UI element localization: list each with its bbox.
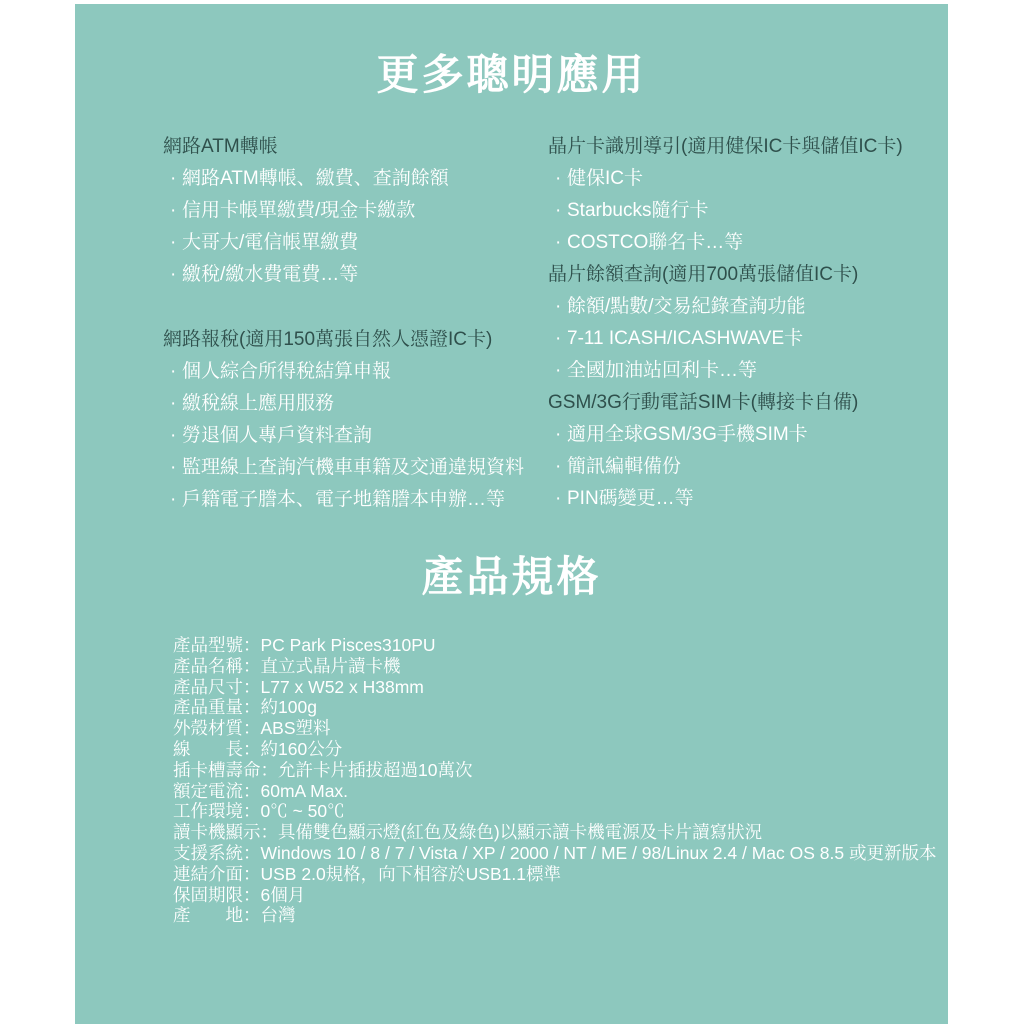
spec-label: 連結介面 [173,864,243,884]
spec-row: 額定電流：60mA Max. [173,781,963,802]
feature-item-label: 餘額/點數/交易紀錄查詢功能 [567,296,806,317]
smart-applications-title: 更多聰明應用 [75,52,948,98]
section-header: 網路ATM轉帳 [163,131,555,163]
spec-value: ABS塑料 [261,718,331,738]
spec-value: PC Park Pisces310PU [261,635,436,655]
bullet-icon: · [170,420,182,452]
specs-list: 產品型號：PC Park Pisces310PU 產品名稱：直立式晶片讀卡機 產… [173,635,963,926]
spec-colon: ： [243,864,261,884]
feature-item-label: 繳稅/繳水費電費…等 [182,264,358,285]
bullet-icon: · [555,195,567,227]
spec-row: 產 地：台灣 [173,905,963,926]
feature-item-label: 健保IC卡 [567,168,643,189]
bullet-icon: · [170,259,182,291]
spec-row: 產品型號：PC Park Pisces310PU [173,635,963,656]
feature-item: ·戶籍電子謄本、電子地籍謄本申辦…等 [163,484,555,516]
bullet-icon: · [555,451,567,483]
feature-item-label: PIN碼變更…等 [567,488,694,509]
spec-label: 讀卡機顯示 [173,822,261,842]
feature-item: ·網路ATM轉帳、繳費、查詢餘額 [163,163,555,195]
feature-item-label: 監理線上查詢汽機車車籍及交通違規資料 [182,457,524,478]
feature-item: ·適用全球GSM/3G手機SIM卡 [548,419,968,451]
feature-item-label: 網路ATM轉帳、繳費、查詢餘額 [182,168,449,189]
feature-item: ·餘額/點數/交易紀錄查詢功能 [548,291,968,323]
bullet-icon: · [170,484,182,516]
bullet-icon: · [170,195,182,227]
bullet-icon: · [170,388,182,420]
spec-row: 外殼材質：ABS塑料 [173,718,963,739]
feature-item-label: 7-11 ICASH/ICASHWAVE卡 [567,328,803,349]
feature-item-label: 勞退個人專戶資料查詢 [182,425,372,446]
spec-value: 6個月 [261,885,306,905]
feature-list: ·餘額/點數/交易紀錄查詢功能 ·7-11 ICASH/ICASHWAVE卡 ·… [548,291,968,387]
feature-item: ·COSTCO聯名卡…等 [548,227,968,259]
feature-list: ·網路ATM轉帳、繳費、查詢餘額 ·信用卡帳單繳費/現金卡繳款 ·大哥大/電信帳… [163,163,555,291]
spec-value: USB 2.0規格，向下相容於USB1.1標準 [261,864,561,884]
spec-colon: ： [243,885,261,905]
section-header: 晶片餘額查詢(適用700萬張儲值IC卡) [548,259,968,291]
spec-label: 產品尺寸 [173,677,243,697]
feature-item: ·全國加油站回利卡…等 [548,355,968,387]
bullet-icon: · [555,355,567,387]
bullet-icon: · [170,163,182,195]
spec-label: 外殼材質 [173,718,243,738]
spec-label: 產 地 [173,905,243,925]
feature-item: ·個人綜合所得稅結算申報 [163,356,555,388]
spec-value: Windows 10 / 8 / 7 / Vista / XP / 2000 /… [261,843,937,863]
feature-item: ·7-11 ICASH/ICASHWAVE卡 [548,323,968,355]
right-column: 晶片卡識別導引(適用健保IC卡與儲值IC卡) ·健保IC卡 ·Starbucks… [548,131,968,515]
spec-colon: ： [243,656,261,676]
feature-item: ·繳稅線上應用服務 [163,388,555,420]
feature-item: ·PIN碼變更…等 [548,483,968,515]
spec-label: 產品型號 [173,635,243,655]
bullet-icon: · [170,452,182,484]
feature-item: ·勞退個人專戶資料查詢 [163,420,555,452]
feature-item: ·大哥大/電信帳單繳費 [163,227,555,259]
feature-section-sim: GSM/3G行動電話SIM卡(轉接卡自備) ·適用全球GSM/3G手機SIM卡 … [548,387,968,515]
bullet-icon: · [555,291,567,323]
section-header: 晶片卡識別導引(適用健保IC卡與儲值IC卡) [548,131,968,163]
spec-value: 允許卡片插拔超過10萬次 [278,760,472,780]
spec-row: 產品重量：約100g [173,697,963,718]
feature-item-label: Starbucks隨行卡 [567,200,708,221]
bullet-icon: · [555,483,567,515]
spec-value: 直立式晶片讀卡機 [261,656,401,676]
spec-colon: ： [243,739,261,759]
product-specs-title: 產品規格 [75,554,948,600]
spec-colon: ： [243,677,261,697]
spec-label: 額定電流 [173,781,243,801]
spec-label: 產品名稱 [173,656,243,676]
spec-colon: ： [243,718,261,738]
feature-list: ·健保IC卡 ·Starbucks隨行卡 ·COSTCO聯名卡…等 [548,163,968,259]
feature-item-label: 適用全球GSM/3G手機SIM卡 [567,424,808,445]
spec-value: 約160公分 [261,739,343,759]
spec-value: L77 x W52 x H38mm [261,677,424,697]
section-header: GSM/3G行動電話SIM卡(轉接卡自備) [548,387,968,419]
spec-row: 插卡槽壽命：允許卡片插拔超過10萬次 [173,760,963,781]
feature-section-atm: 網路ATM轉帳 ·網路ATM轉帳、繳費、查詢餘額 ·信用卡帳單繳費/現金卡繳款 … [163,131,555,291]
spec-value: 0℃ ~ 50℃ [261,801,345,821]
spec-colon: ： [243,905,261,925]
feature-item: ·繳稅/繳水費電費…等 [163,259,555,291]
spec-value: 60mA Max. [261,781,349,801]
spec-label: 線 長 [173,739,243,759]
feature-item: ·監理線上查詢汽機車車籍及交通違規資料 [163,452,555,484]
spec-label: 插卡槽壽命 [173,760,261,780]
spec-row: 工作環境：0℃ ~ 50℃ [173,801,963,822]
spec-row: 產品名稱：直立式晶片讀卡機 [173,656,963,677]
spec-colon: ： [243,697,261,717]
spec-colon: ： [243,635,261,655]
bullet-icon: · [555,163,567,195]
feature-item-label: 繳稅線上應用服務 [182,393,334,414]
spec-row: 讀卡機顯示：具備雙色顯示燈(紅色及綠色)以顯示讀卡機電源及卡片讀寫狀況 [173,822,963,843]
left-column: 網路ATM轉帳 ·網路ATM轉帳、繳費、查詢餘額 ·信用卡帳單繳費/現金卡繳款 … [163,131,555,516]
feature-item-label: 戶籍電子謄本、電子地籍謄本申辦…等 [182,489,505,510]
feature-item-label: 大哥大/電信帳單繳費 [182,232,358,253]
feature-item: ·信用卡帳單繳費/現金卡繳款 [163,195,555,227]
spec-row: 保固期限：6個月 [173,885,963,906]
spec-row: 支援系統：Windows 10 / 8 / 7 / Vista / XP / 2… [173,843,963,864]
spec-colon: ： [243,781,261,801]
feature-section-balance: 晶片餘額查詢(適用700萬張儲值IC卡) ·餘額/點數/交易紀錄查詢功能 ·7-… [548,259,968,387]
spec-label: 產品重量 [173,697,243,717]
feature-item-label: 信用卡帳單繳費/現金卡繳款 [182,200,415,221]
feature-list: ·個人綜合所得稅結算申報 ·繳稅線上應用服務 ·勞退個人專戶資料查詢 ·監理線上… [163,356,555,516]
feature-item: ·健保IC卡 [548,163,968,195]
bullet-icon: · [555,227,567,259]
feature-item-label: 個人綜合所得稅結算申報 [182,361,391,382]
spec-colon: ： [243,843,261,863]
bullet-icon: · [170,227,182,259]
feature-item: ·簡訊編輯備份 [548,451,968,483]
bullet-icon: · [170,356,182,388]
feature-item-label: 全國加油站回利卡…等 [567,360,757,381]
feature-section-card-id: 晶片卡識別導引(適用健保IC卡與儲值IC卡) ·健保IC卡 ·Starbucks… [548,131,968,259]
section-header: 網路報稅(適用150萬張自然人憑證IC卡) [163,324,555,356]
spec-value: 約100g [261,697,317,717]
bullet-icon: · [555,323,567,355]
feature-item-label: COSTCO聯名卡…等 [567,232,743,253]
spec-row: 產品尺寸：L77 x W52 x H38mm [173,677,963,698]
feature-list: ·適用全球GSM/3G手機SIM卡 ·簡訊編輯備份 ·PIN碼變更…等 [548,419,968,515]
spec-label: 保固期限 [173,885,243,905]
spec-colon: ： [261,760,279,780]
spec-row: 連結介面：USB 2.0規格，向下相容於USB1.1標準 [173,864,963,885]
spec-label: 工作環境 [173,801,243,821]
spec-row: 線 長：約160公分 [173,739,963,760]
feature-item: ·Starbucks隨行卡 [548,195,968,227]
product-description-panel: 更多聰明應用 網路ATM轉帳 ·網路ATM轉帳、繳費、查詢餘額 ·信用卡帳單繳費… [75,4,948,1024]
feature-section-tax: 網路報稅(適用150萬張自然人憑證IC卡) ·個人綜合所得稅結算申報 ·繳稅線上… [163,324,555,516]
spec-value: 台灣 [261,905,296,925]
spec-colon: ： [261,822,279,842]
spec-label: 支援系統 [173,843,243,863]
bullet-icon: · [555,419,567,451]
spec-value: 具備雙色顯示燈(紅色及綠色)以顯示讀卡機電源及卡片讀寫狀況 [278,822,762,842]
spec-colon: ： [243,801,261,821]
feature-item-label: 簡訊編輯備份 [567,456,681,477]
